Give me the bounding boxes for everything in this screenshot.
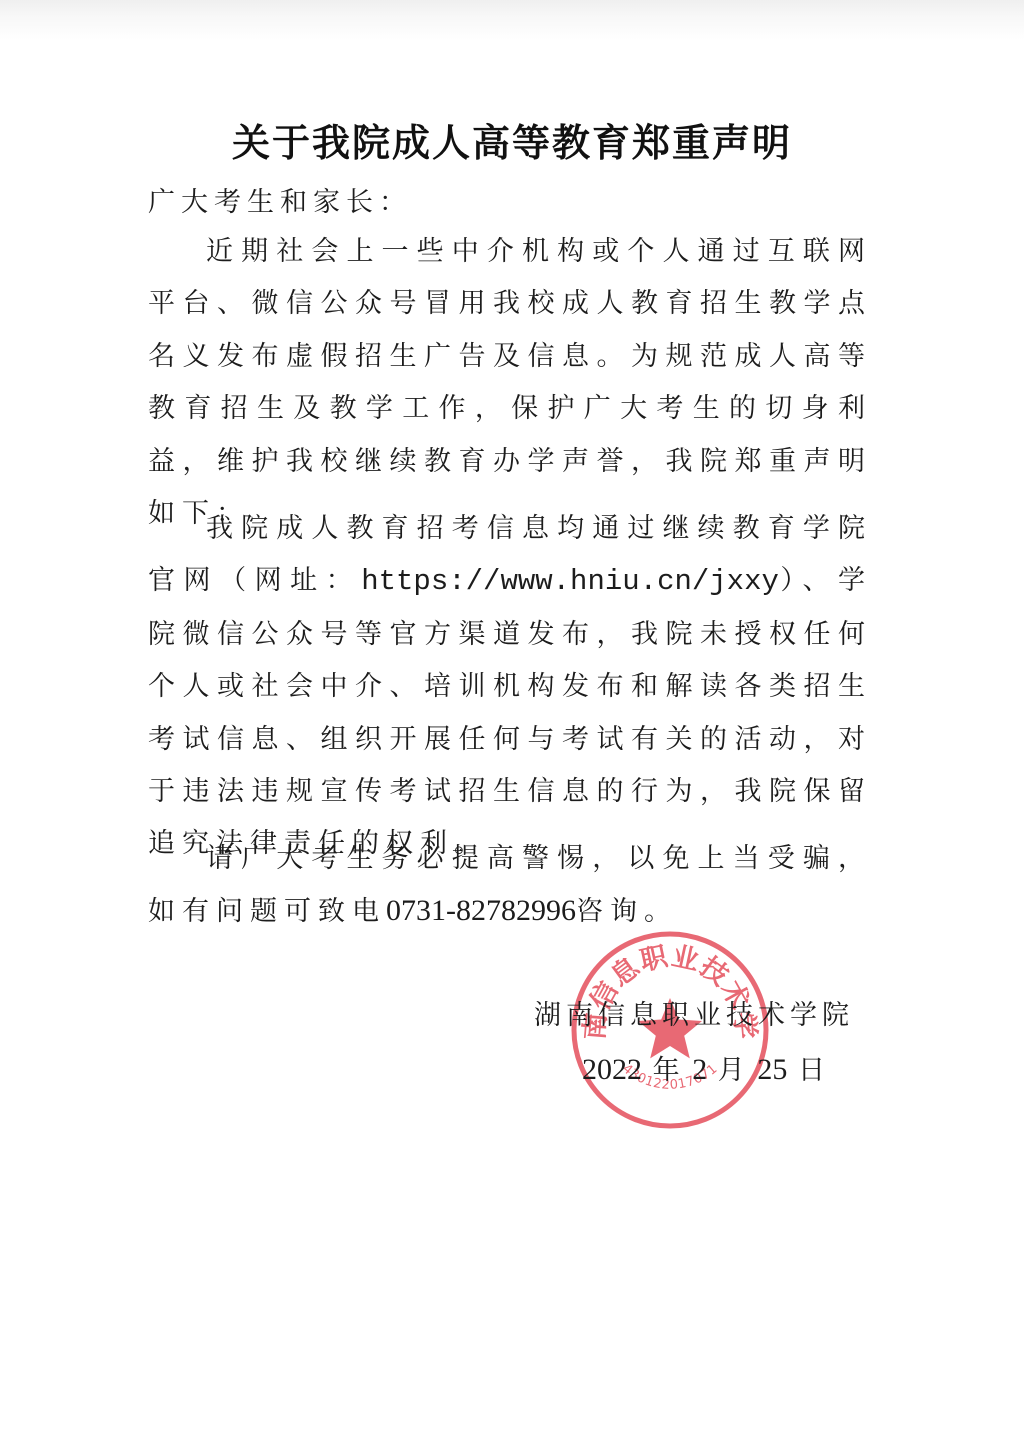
paragraph-2-text-after: ）、学院微信公众号等官方渠道发布，我院未授权任何个人或社会中介、培训机构发布和解… xyxy=(148,565,872,859)
salutation: 广大考生和家长： xyxy=(148,183,412,223)
date-month-unit: 月 xyxy=(718,1055,747,1086)
contact-phone: 0731-82782996 xyxy=(386,894,576,927)
date-year: 2022 xyxy=(582,1053,642,1086)
date-year-unit: 年 xyxy=(653,1055,682,1086)
paragraph-1: 近期社会上一些中介机构或个人通过互联网平台、微信公众号冒用我校成人教育招生教学点… xyxy=(148,226,872,540)
date-day: 25 xyxy=(757,1053,787,1086)
paragraph-2: 我院成人教育招考信息均通过继续教育学院官网（网址：https://www.hni… xyxy=(148,503,872,871)
signature-organization: 湖南信息职业技术学院 xyxy=(534,996,854,1036)
paragraph-1-text: 近期社会上一些中介机构或个人通过互联网平台、微信公众号冒用我校成人教育招生教学点… xyxy=(148,236,872,529)
date-month: 2 xyxy=(692,1053,707,1086)
signature-date: 2022 年 2 月 25 日 xyxy=(582,1050,827,1091)
paragraph-3-text-after: 咨询。 xyxy=(576,896,678,927)
paragraph-3: 请广大考生务必提高警惕，以免上当受骗，如有问题可致电0731-82782996咨… xyxy=(148,833,872,939)
date-day-unit: 日 xyxy=(798,1055,827,1086)
document-page: 关于我院成人高等教育郑重声明 广大考生和家长： 近期社会上一些中介机构或个人通过… xyxy=(0,0,1024,1451)
official-website-url: https://www.hniu.cn/jxxy xyxy=(361,565,779,598)
page-title: 关于我院成人高等教育郑重声明 xyxy=(0,118,1024,168)
